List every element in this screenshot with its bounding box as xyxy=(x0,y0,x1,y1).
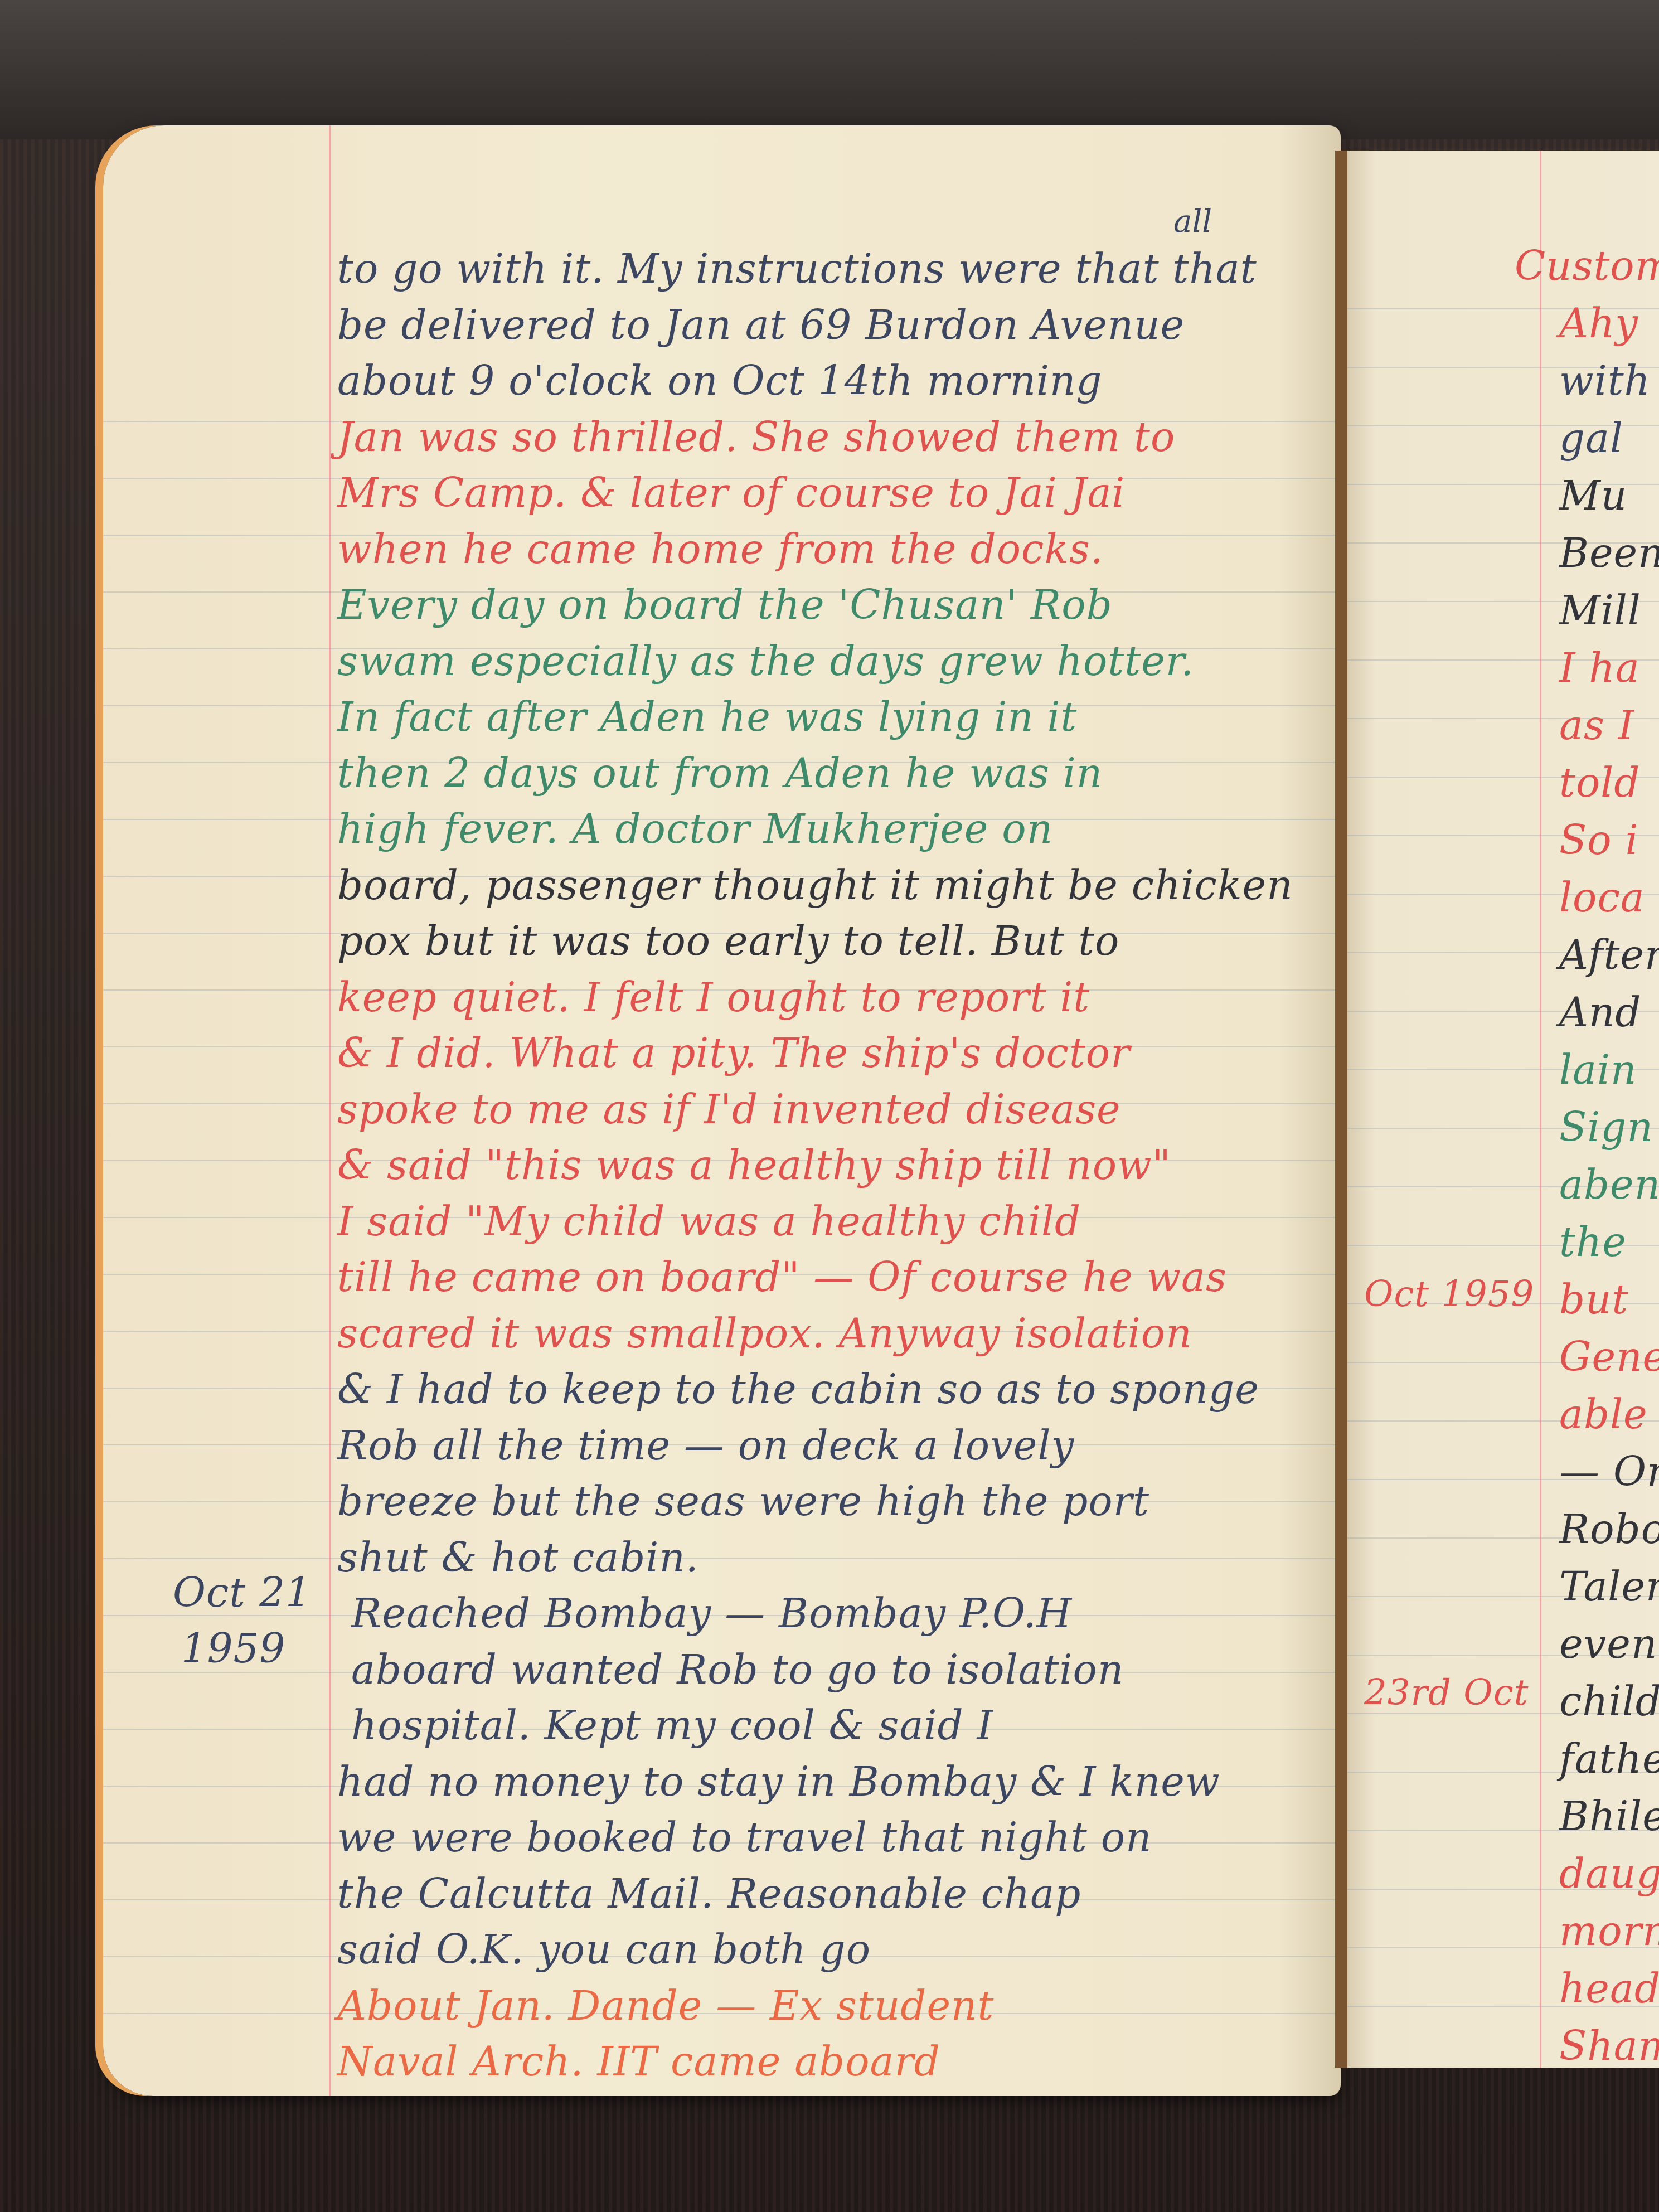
diary-line: Jan was so thrilled. She showed them to xyxy=(337,414,1175,460)
diary-line: breeze but the seas were high the port xyxy=(337,1478,1149,1525)
diary-line: about 9 o'clock on Oct 14th morning xyxy=(337,357,1102,404)
diary-line: head xyxy=(1559,1965,1659,2012)
margin-date: Oct 1959 xyxy=(1364,1274,1534,1315)
diary-line: Every day on board the 'Chusan' Rob xyxy=(337,581,1113,628)
diary-line: Rob all the time — on deck a lovely xyxy=(337,1422,1074,1469)
diary-line: as I xyxy=(1559,702,1634,749)
diary-line: we were booked to travel that night on xyxy=(337,1814,1152,1861)
inserted-word: all xyxy=(1173,203,1212,240)
diary-line: I said "My child was a healthy child xyxy=(337,1198,1081,1245)
diary-line: Customs xyxy=(1515,242,1659,289)
diary-line: able xyxy=(1559,1391,1648,1438)
diary-line: Sign xyxy=(1559,1104,1653,1151)
diary-line: keep quiet. I felt I ought to report it xyxy=(337,974,1090,1021)
ruled-lines xyxy=(1347,251,1659,2057)
diary-line: Mrs Camp. & later of course to Jai Jai xyxy=(337,469,1125,516)
diary-line: Bhile xyxy=(1559,1793,1659,1840)
diary-line: shut & hot cabin. xyxy=(337,1534,699,1581)
diary-line: So i xyxy=(1559,817,1639,864)
diary-line: morni xyxy=(1559,1908,1659,1954)
diary-line: aboard wanted Rob to go to isolation xyxy=(351,1646,1124,1693)
diary-line: Gene xyxy=(1559,1333,1659,1380)
margin-year: 1959 xyxy=(181,1625,285,1672)
diary-line: with money from Dad — Got through xyxy=(337,2094,1109,2097)
diary-line: scared it was smallpox. Anyway isolation xyxy=(337,1310,1192,1357)
margin-rule xyxy=(1540,151,1541,2068)
diary-line: high fever. A doctor Mukherjee on xyxy=(337,806,1053,852)
diary-line: Talem xyxy=(1559,1563,1659,1610)
diary-line: After xyxy=(1559,932,1659,978)
diary-line: be delivered to Jan at 69 Burdon Avenue xyxy=(337,302,1185,348)
diary-line: said O.K. you can both go xyxy=(337,1926,871,1973)
diary-line: with xyxy=(1559,357,1651,404)
diary-line: Mu xyxy=(1559,472,1627,519)
margin-date: Oct 21 xyxy=(173,1569,312,1616)
diary-line: And xyxy=(1559,989,1641,1036)
diary-line: I ha xyxy=(1559,644,1640,691)
diary-line: board, passenger thought it might be chi… xyxy=(337,862,1293,909)
diary-line: hospital. Kept my cool & said I xyxy=(351,1702,993,1749)
margin-rule xyxy=(329,125,331,2096)
table-surface xyxy=(0,0,1659,139)
diary-line: the Calcutta Mail. Reasonable chap xyxy=(337,1870,1081,1917)
diary-line: the xyxy=(1559,1219,1627,1265)
diary-line: till he came on board" — Of course he wa… xyxy=(337,1254,1227,1301)
diary-line: when he came home from the docks. xyxy=(337,526,1104,573)
diary-line: Been xyxy=(1559,530,1659,576)
diary-line: told xyxy=(1559,759,1640,806)
margin-date: 23rd Oct xyxy=(1364,1672,1529,1714)
diary-line: spoke to me as if I'd invented disease xyxy=(337,1086,1121,1133)
diary-line: Sham xyxy=(1559,2022,1659,2068)
diary-line: but xyxy=(1559,1276,1628,1323)
diary-line: About Jan. Dande — Ex student xyxy=(337,1982,994,2029)
diary-line: eveni xyxy=(1559,1621,1659,1667)
diary-line: lain xyxy=(1559,1046,1637,1093)
diary-line: & I had to keep to the cabin so as to sp… xyxy=(337,1366,1259,1413)
diary-line: Mill xyxy=(1559,587,1641,634)
diary-line: — On xyxy=(1559,1448,1659,1495)
diary-line: to go with it. My instructions were that… xyxy=(337,245,1257,292)
diary-line: Robo xyxy=(1559,1506,1659,1553)
diary-line: daugh xyxy=(1559,1850,1659,1897)
diary-line: Naval Arch. IIT came aboard xyxy=(337,2038,940,2085)
notebook-left-page: all to go with it. My instructions were … xyxy=(103,125,1341,2096)
diary-line: & I did. What a pity. The ship's doctor xyxy=(337,1030,1131,1076)
diary-line: pox but it was too early to tell. But to xyxy=(337,918,1119,964)
diary-line: gal xyxy=(1559,415,1623,462)
diary-line: Reached Bombay — Bombay P.O.H xyxy=(351,1590,1072,1637)
diary-line: & said "this was a healthy ship till now… xyxy=(337,1142,1171,1189)
diary-line: had no money to stay in Bombay & I knew xyxy=(337,1758,1220,1805)
diary-line: aben xyxy=(1559,1161,1659,1208)
diary-line: loca xyxy=(1559,874,1645,921)
diary-line: childr xyxy=(1559,1678,1659,1725)
diary-line: then 2 days out from Aden he was in xyxy=(337,750,1103,797)
notebook-right-page: CustomsAhywithgalMuBeenMillI haas ItoldS… xyxy=(1335,151,1659,2068)
diary-line: Ahy xyxy=(1559,300,1638,347)
diary-line: swam especially as the days grew hotter. xyxy=(337,638,1194,685)
diary-line: father xyxy=(1559,1735,1659,1782)
diary-line: In fact after Aden he was lying in it xyxy=(337,693,1077,740)
